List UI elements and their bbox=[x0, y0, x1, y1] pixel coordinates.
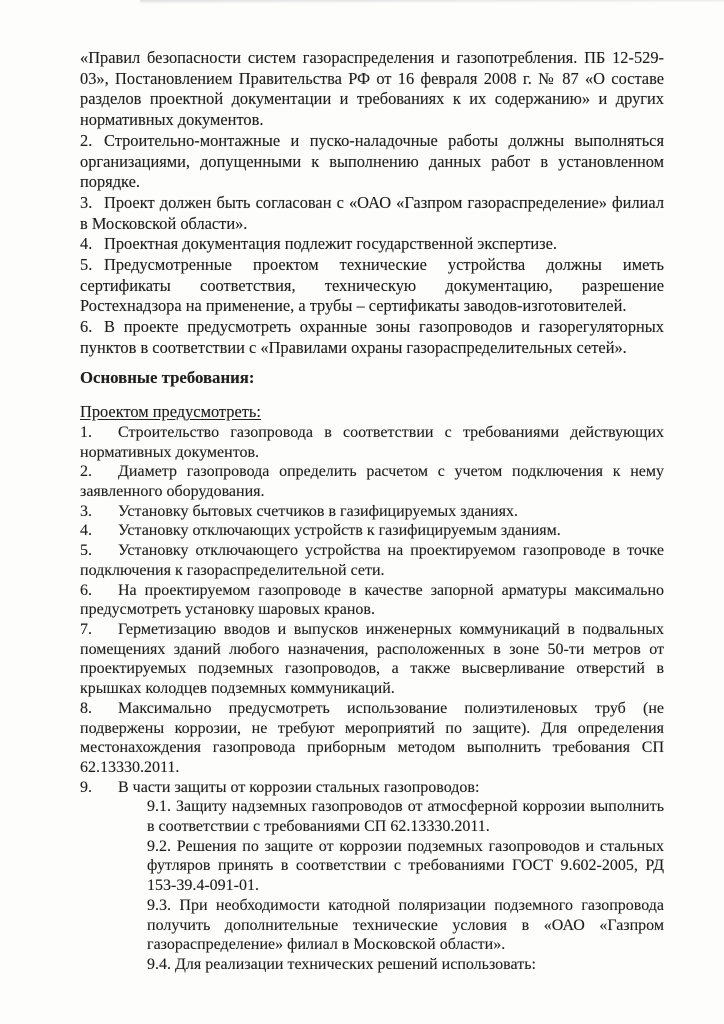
section-heading: Основные требования: bbox=[80, 368, 664, 389]
requirement-item-8: 8.Максимально предусмотреть использовани… bbox=[80, 699, 664, 778]
requirement-item-3-number: 3. bbox=[80, 502, 118, 522]
intro-item-4-number: 4. bbox=[80, 234, 104, 255]
requirement-item-9: 9.В части защиты от коррозии стальных га… bbox=[80, 778, 664, 798]
requirement-subitem-9-3-text: При необходимости катодной поляризации п… bbox=[147, 897, 664, 953]
requirement-item-5-text: Установку отключающего устройства на про… bbox=[80, 542, 664, 579]
intro-item-6-text: В проекте предусмотреть охранные зоны га… bbox=[80, 317, 664, 357]
requirement-item-3: 3.Установку бытовых счетчиков в газифици… bbox=[80, 502, 664, 522]
requirement-subitem-9-2-number: 9.2. bbox=[147, 838, 171, 855]
requirement-subitem-9-2-text: Решения по защите от коррозии подземных … bbox=[147, 838, 664, 894]
scanned-document-page: «Правил безопасности систем газораспреде… bbox=[0, 0, 724, 1024]
paragraph-continuation: «Правил безопасности систем газораспреде… bbox=[80, 48, 664, 131]
requirement-subitem-9-4-text: Для реализации технических решений испол… bbox=[175, 956, 536, 973]
intro-item-2-text: Строительно-монтажные и пуско-наладочные… bbox=[80, 131, 664, 191]
requirement-item-9-text: В части защиты от коррозии стальных газо… bbox=[118, 779, 479, 796]
intro-item-6: 6.В проекте предусмотреть охранные зоны … bbox=[80, 317, 664, 358]
requirement-item-7-text: Герметизацию вводов и выпусков инженерны… bbox=[80, 621, 664, 697]
requirement-item-5-number: 5. bbox=[80, 541, 118, 561]
list-intro-text: Проектом предусмотреть: bbox=[80, 402, 261, 421]
requirement-item-4-text: Установку отключающих устройств к газифи… bbox=[118, 522, 561, 539]
list-intro-line: Проектом предусмотреть: bbox=[80, 402, 664, 423]
intro-item-5: 5.Предусмотренные проектом технические у… bbox=[80, 255, 664, 317]
requirement-item-8-number: 8. bbox=[80, 699, 118, 719]
requirement-item-5: 5.Установку отключающего устройства на п… bbox=[80, 541, 664, 580]
intro-item-3-number: 3. bbox=[80, 193, 104, 214]
intro-item-2-number: 2. bbox=[80, 131, 104, 152]
intro-item-2: 2.Строительно-монтажные и пуско-наладочн… bbox=[80, 131, 664, 193]
requirement-item-2-text: Диаметр газопровода определить расчетом … bbox=[80, 463, 664, 500]
intro-item-4: 4.Проектная документация подлежит госуда… bbox=[80, 234, 664, 255]
requirement-subitem-9-4: 9.4. Для реализации технических решений … bbox=[80, 955, 664, 975]
requirement-item-2-number: 2. bbox=[80, 462, 118, 482]
intro-item-6-number: 6. bbox=[80, 317, 104, 338]
requirement-subitem-9-4-number: 9.4. bbox=[147, 956, 171, 973]
document-content: «Правил безопасности систем газораспреде… bbox=[80, 48, 664, 975]
requirement-item-4: 4.Установку отключающих устройств к гази… bbox=[80, 521, 664, 541]
requirement-subitem-9-1-number: 9.1. bbox=[147, 798, 171, 815]
scan-edge-artifact bbox=[140, 0, 724, 4]
requirement-item-6-text: На проектируемом газопроводе в качестве … bbox=[80, 582, 664, 619]
requirement-subitem-9-2: 9.2. Решения по защите от коррозии подзе… bbox=[80, 837, 664, 896]
requirement-item-8-text: Максимально предусмотреть использование … bbox=[80, 700, 664, 776]
requirement-item-3-text: Установку бытовых счетчиков в газифициру… bbox=[118, 503, 518, 520]
requirement-subitem-9-1-text: Защиту надземных газопроводов от атмосфе… bbox=[147, 798, 664, 835]
intro-item-3: 3.Проект должен быть согласован с «ОАО «… bbox=[80, 193, 664, 234]
requirement-item-1-number: 1. bbox=[80, 423, 118, 443]
requirement-subitem-9-3-number: 9.3. bbox=[147, 897, 171, 914]
intro-item-5-number: 5. bbox=[80, 255, 104, 276]
intro-item-4-text: Проектная документация подлежит государс… bbox=[104, 234, 557, 253]
requirement-item-1-text: Строительство газопровода в соответствии… bbox=[80, 424, 664, 461]
requirement-subitem-9-1: 9.1. Защиту надземных газопроводов от ат… bbox=[80, 797, 664, 836]
requirement-item-9-number: 9. bbox=[80, 778, 118, 798]
requirement-item-7-number: 7. bbox=[80, 620, 118, 640]
requirement-item-6: 6.На проектируемом газопроводе в качеств… bbox=[80, 581, 664, 620]
requirement-item-6-number: 6. bbox=[80, 581, 118, 601]
requirement-item-4-number: 4. bbox=[80, 521, 118, 541]
requirement-item-1: 1.Строительство газопровода в соответств… bbox=[80, 423, 664, 462]
requirement-item-7: 7.Герметизацию вводов и выпусков инженер… bbox=[80, 620, 664, 699]
requirement-item-2: 2.Диаметр газопровода определить расчето… bbox=[80, 462, 664, 501]
requirements-list: 1.Строительство газопровода в соответств… bbox=[80, 423, 664, 975]
intro-item-3-text: Проект должен быть согласован с «ОАО «Га… bbox=[80, 193, 664, 233]
requirement-subitem-9-3: 9.3. При необходимости катодной поляриза… bbox=[80, 896, 664, 955]
intro-item-5-text: Предусмотренные проектом технические уст… bbox=[80, 255, 664, 315]
